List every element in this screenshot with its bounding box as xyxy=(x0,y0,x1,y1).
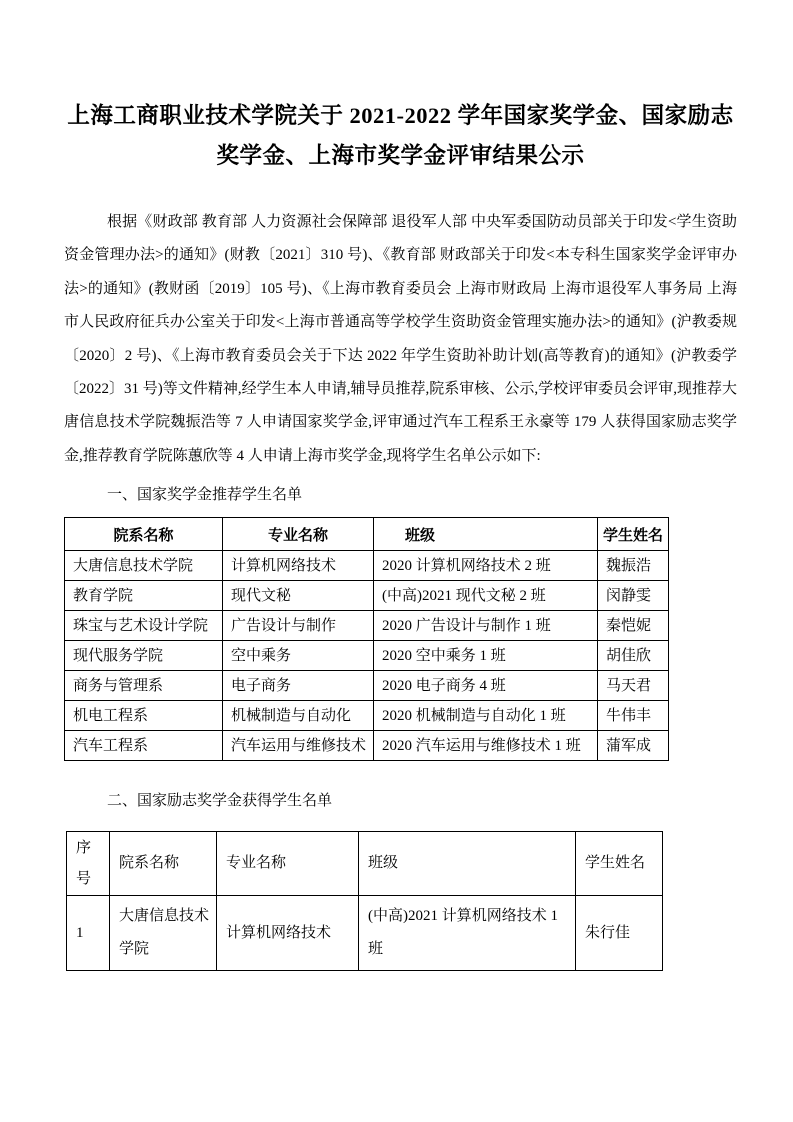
header-cell-serial-number: 序号 xyxy=(67,832,110,896)
table-row: 商务与管理系电子商务2020 电子商务 4 班马天君 xyxy=(65,671,669,701)
table-cell: 闵静雯 xyxy=(598,581,669,611)
table-cell: 计算机网络技术 xyxy=(223,551,374,581)
table-header-row: 序号 院系名称 专业名称 班级 学生姓名 xyxy=(67,832,663,896)
header-cell-department: 院系名称 xyxy=(65,518,223,551)
table-cell: 机械制造与自动化 xyxy=(223,701,374,731)
table-cell: 2020 电子商务 4 班 xyxy=(374,671,598,701)
table-cell: 大唐信息技术学院 xyxy=(65,551,223,581)
table-cell: 大唐信息技术学院 xyxy=(110,896,217,971)
table-body: 大唐信息技术学院计算机网络技术2020 计算机网络技术 2 班魏振浩教育学院现代… xyxy=(65,551,669,761)
table-cell: 牛伟丰 xyxy=(598,701,669,731)
national-scholarship-table: 院系名称 专业名称 班级 学生姓名 大唐信息技术学院计算机网络技术2020 计算… xyxy=(64,517,669,761)
table-row: 教育学院现代文秘(中高)2021 现代文秘 2 班闵静雯 xyxy=(65,581,669,611)
table-row: 1大唐信息技术学院计算机网络技术(中高)2021 计算机网络技术 1 班朱行佳 xyxy=(67,896,663,971)
table-cell: 现代服务学院 xyxy=(65,641,223,671)
table-cell: (中高)2021 现代文秘 2 班 xyxy=(374,581,598,611)
table-cell: 2020 空中乘务 1 班 xyxy=(374,641,598,671)
header-cell-student-name: 学生姓名 xyxy=(598,518,669,551)
table-cell: 计算机网络技术 xyxy=(217,896,359,971)
table-cell: 2020 机械制造与自动化 1 班 xyxy=(374,701,598,731)
table-cell: 商务与管理系 xyxy=(65,671,223,701)
header-cell-class: 班级 xyxy=(359,832,576,896)
table-cell: 汽车工程系 xyxy=(65,731,223,761)
table-row: 序号 院系名称 专业名称 班级 学生姓名 xyxy=(67,832,663,896)
section-2-heading: 二、国家励志奖学金获得学生名单 xyxy=(64,785,737,818)
table-cell: 空中乘务 xyxy=(223,641,374,671)
table-cell: 广告设计与制作 xyxy=(223,611,374,641)
header-cell-department: 院系名称 xyxy=(110,832,217,896)
document-page: 上海工商职业技术学院关于 2021-2022 学年国家奖学金、国家励志奖学金、上… xyxy=(0,0,793,1122)
table-cell: 秦恺妮 xyxy=(598,611,669,641)
table-cell: 汽车运用与维修技术 xyxy=(223,731,374,761)
table-cell: 魏振浩 xyxy=(598,551,669,581)
table-row: 院系名称 专业名称 班级 学生姓名 xyxy=(65,518,669,551)
table-cell: 朱行佳 xyxy=(576,896,663,971)
header-cell-student-name: 学生姓名 xyxy=(576,832,663,896)
table-row: 机电工程系机械制造与自动化2020 机械制造与自动化 1 班牛伟丰 xyxy=(65,701,669,731)
encouragement-scholarship-table: 序号 院系名称 专业名称 班级 学生姓名 1大唐信息技术学院计算机网络技术(中高… xyxy=(66,831,663,971)
table-row: 大唐信息技术学院计算机网络技术2020 计算机网络技术 2 班魏振浩 xyxy=(65,551,669,581)
header-cell-major: 专业名称 xyxy=(217,832,359,896)
table-cell: 1 xyxy=(67,896,110,971)
page-title: 上海工商职业技术学院关于 2021-2022 学年国家奖学金、国家励志奖学金、上… xyxy=(64,96,737,176)
table-cell: 珠宝与艺术设计学院 xyxy=(65,611,223,641)
table-cell: 胡佳欣 xyxy=(598,641,669,671)
table-body: 1大唐信息技术学院计算机网络技术(中高)2021 计算机网络技术 1 班朱行佳 xyxy=(67,896,663,971)
intro-paragraph: 根据《财政部 教育部 人力资源社会保障部 退役军人部 中央军委国防动员部关于印发… xyxy=(64,206,737,473)
table-cell: 马天君 xyxy=(598,671,669,701)
table-row: 现代服务学院空中乘务2020 空中乘务 1 班胡佳欣 xyxy=(65,641,669,671)
header-cell-major: 专业名称 xyxy=(223,518,374,551)
header-cell-class: 班级 xyxy=(374,518,598,551)
table-cell: 电子商务 xyxy=(223,671,374,701)
table-cell: (中高)2021 计算机网络技术 1 班 xyxy=(359,896,576,971)
table-cell: 2020 计算机网络技术 2 班 xyxy=(374,551,598,581)
table-cell: 机电工程系 xyxy=(65,701,223,731)
section-1-heading: 一、国家奖学金推荐学生名单 xyxy=(64,479,737,512)
table-row: 珠宝与艺术设计学院广告设计与制作2020 广告设计与制作 1 班秦恺妮 xyxy=(65,611,669,641)
table-header-row: 院系名称 专业名称 班级 学生姓名 xyxy=(65,518,669,551)
table-row: 汽车工程系汽车运用与维修技术2020 汽车运用与维修技术 1 班蒲军成 xyxy=(65,731,669,761)
table-cell: 教育学院 xyxy=(65,581,223,611)
table-cell: 现代文秘 xyxy=(223,581,374,611)
table-cell: 2020 汽车运用与维修技术 1 班 xyxy=(374,731,598,761)
table-cell: 2020 广告设计与制作 1 班 xyxy=(374,611,598,641)
table-cell: 蒲军成 xyxy=(598,731,669,761)
